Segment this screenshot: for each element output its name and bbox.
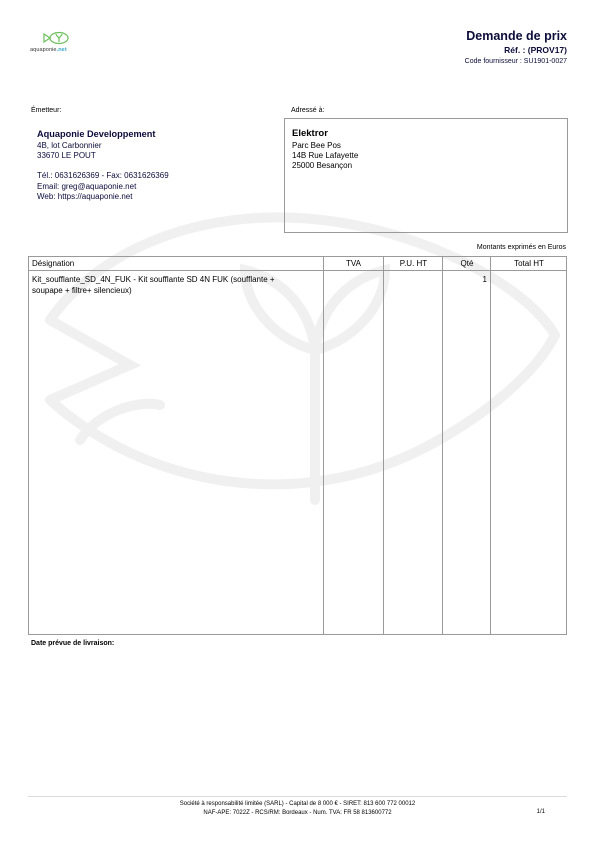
sender-email: Email: greg@aquaponie.net: [37, 182, 169, 192]
recipient-address-line1: Parc Bee Pos: [292, 141, 358, 151]
page-number: 1/1: [537, 809, 545, 815]
column-header-quantity: Qté: [443, 259, 491, 268]
document-reference: Réf. : (PROV17): [504, 45, 567, 55]
row-designation-line1: Kit_soufflante_SD_4N_FUK - Kit soufflant…: [32, 275, 320, 286]
sender-address-line1: 4B, lot Carbonnier: [37, 141, 169, 151]
footer-legal: Société à responsabilité limitée (SARL) …: [0, 800, 595, 818]
sender-phone-fax: Tél.: 0631626369 - Fax: 0631626369: [37, 171, 169, 181]
column-divider: [383, 257, 384, 634]
sender-label: Émetteur:: [31, 107, 61, 114]
sender-name: Aquaponie Developpement: [37, 129, 169, 140]
column-header-tva: TVA: [324, 259, 383, 268]
logo-text-suffix: .net: [57, 47, 67, 53]
recipient-address-line3: 25000 Besançon: [292, 161, 358, 171]
logo-text: aquaponie.net: [30, 47, 67, 53]
document-title: Demande de prix: [466, 29, 567, 43]
supplier-code: Code fournisseur : SU1901-0027: [465, 58, 567, 65]
recipient-label: Adressé à:: [291, 107, 324, 114]
sender-address-line2: 33670 LE POUT: [37, 151, 169, 161]
column-divider: [490, 257, 491, 634]
row-designation: Kit_soufflante_SD_4N_FUK - Kit soufflant…: [32, 275, 320, 296]
recipient-address-line2: 14B Rue Lafayette: [292, 151, 358, 161]
column-divider: [442, 257, 443, 634]
column-header-unit-price: P.U. HT: [384, 259, 443, 268]
sender-web: Web: https://aquaponie.net: [37, 192, 169, 202]
currency-note: Montants exprimés en Euros: [477, 244, 566, 251]
sender-block: Aquaponie Developpement 4B, lot Carbonni…: [37, 129, 169, 202]
table-header-divider: [29, 270, 566, 271]
logo-text-main: aquaponie: [30, 47, 57, 53]
column-header-designation: Désignation: [32, 259, 74, 268]
column-divider: [323, 257, 324, 634]
row-quantity: 1: [443, 275, 487, 286]
fish-sprout-logo-icon: [42, 30, 70, 46]
footer-divider: [28, 796, 567, 797]
delivery-date-label: Date prévue de livraison:: [31, 640, 114, 647]
items-table: Désignation TVA P.U. HT Qté Total HT Kit…: [28, 256, 567, 635]
recipient-name: Elektror: [292, 128, 358, 140]
row-designation-line2: soupape + filtre+ silencieux): [32, 286, 320, 297]
footer-legal-line1: Société à responsabilité limitée (SARL) …: [0, 800, 595, 809]
column-header-total: Total HT: [491, 259, 567, 268]
recipient-box: Elektror Parc Bee Pos 14B Rue Lafayette …: [284, 118, 568, 233]
footer-legal-line2: NAF-APE: 7022Z - RCS/RM: Bordeaux - Num.…: [0, 809, 595, 818]
company-logo: aquaponie.net: [30, 30, 82, 56]
